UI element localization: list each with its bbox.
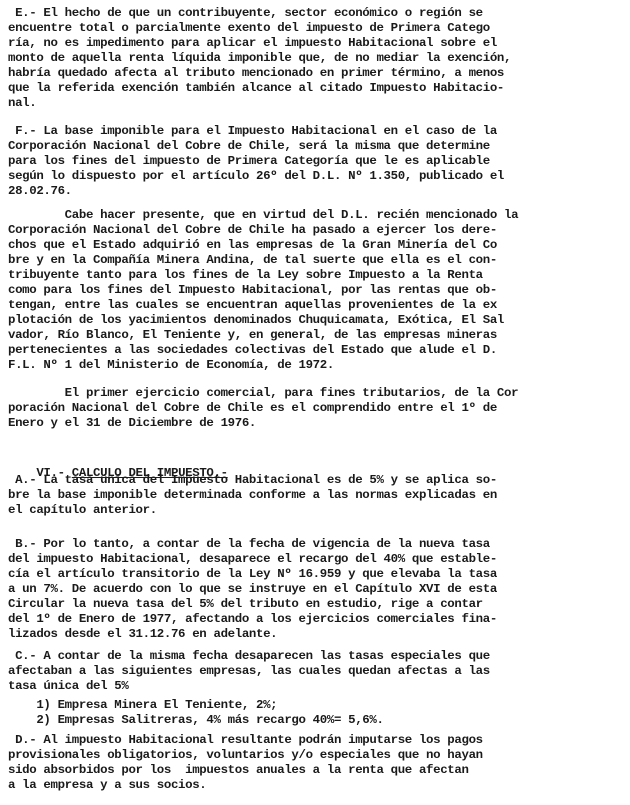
text-line: a la empresa y a sus socios. <box>8 778 206 793</box>
text-line: como para los fines del Impuesto Habitac… <box>8 283 497 298</box>
text-line: nal. <box>8 96 36 111</box>
list-item: 1) Empresa Minera El Teniente, 2%; <box>8 698 277 713</box>
text-line: afectaban a las siguientes empresas, las… <box>8 664 490 679</box>
text-line: provisionales obligatorios, voluntarios … <box>8 748 483 763</box>
text-line: ría, no es impedimento para aplicar el i… <box>8 36 497 51</box>
text-line: El primer ejercicio comercial, para fine… <box>8 386 518 401</box>
text-line: C.- A contar de la misma fecha desaparec… <box>8 649 490 664</box>
document-page: E.- El hecho de que un contribuyente, se… <box>0 0 630 805</box>
text-line: del 1º de Enero de 1977, afectando a los… <box>8 612 497 627</box>
text-line: Enero y el 31 de Diciembre de 1976. <box>8 416 256 431</box>
text-line: a un 7%. De acuerdo con lo que se instru… <box>8 582 497 597</box>
text-line: monto de aquella renta líquida imponible… <box>8 51 511 66</box>
text-line: F.L. Nº 1 del Ministerio de Economía, de… <box>8 358 334 373</box>
text-line: habría quedado afecta al tributo mencion… <box>8 66 504 81</box>
text-line: chos que el Estado adquirió en las empre… <box>8 238 497 253</box>
text-line: D.- Al impuesto Habitacional resultante … <box>8 733 483 748</box>
text-line: el capítulo anterior. <box>8 503 157 518</box>
text-line: tasa única del 5% <box>8 679 128 694</box>
text-line: Corporación Nacional del Cobre de Chile … <box>8 223 497 238</box>
text-line: según lo dispuesto por el artículo 26º d… <box>8 169 504 184</box>
text-line: 28.02.76. <box>8 184 72 199</box>
text-line: que la referida exención también alcance… <box>8 81 504 96</box>
text-line: del impuesto Habitacional, desaparece el… <box>8 552 497 567</box>
text-line: Circular la nueva tasa del 5% del tribut… <box>8 597 483 612</box>
text-line: encuentre total o parcialmente exento de… <box>8 21 490 36</box>
text-line: bre y en la Compañía Minera Andina, de t… <box>8 253 497 268</box>
text-line: F.- La base imponible para el Impuesto H… <box>8 124 497 139</box>
text-line: cía el artículo transitorio de la Ley Nº… <box>8 567 497 582</box>
text-line: tengan, entre las cuales se encuentran a… <box>8 298 497 313</box>
list-item: 2) Empresas Salitreras, 4% más recargo 4… <box>8 713 384 728</box>
text-line: Cabe hacer presente, que en virtud del D… <box>8 208 518 223</box>
text-line: sido absorbidos por los impuestos anuale… <box>8 763 469 778</box>
text-line: E.- El hecho de que un contribuyente, se… <box>8 6 483 21</box>
text-line: lizados desde el 31.12.76 en adelante. <box>8 627 277 642</box>
text-line: A.- La tasa única del Impuesto Habitacio… <box>8 473 497 488</box>
text-line: poración Nacional del Cobre de Chile es … <box>8 401 497 416</box>
text-line: pertenecientes a las sociedades colectiv… <box>8 343 497 358</box>
text-line: plotación de los yacimientos denominados… <box>8 313 504 328</box>
text-line: vador, Río Blanco, El Teniente y, en gen… <box>8 328 497 343</box>
text-line: para los fines del impuesto de Primera C… <box>8 154 490 169</box>
text-line: tribuyente tanto para los fines de la Le… <box>8 268 483 283</box>
text-line: B.- Por lo tanto, a contar de la fecha d… <box>8 537 490 552</box>
text-line: Corporación Nacional del Cobre de Chile,… <box>8 139 490 154</box>
text-line: bre la base imponible determinada confor… <box>8 488 497 503</box>
